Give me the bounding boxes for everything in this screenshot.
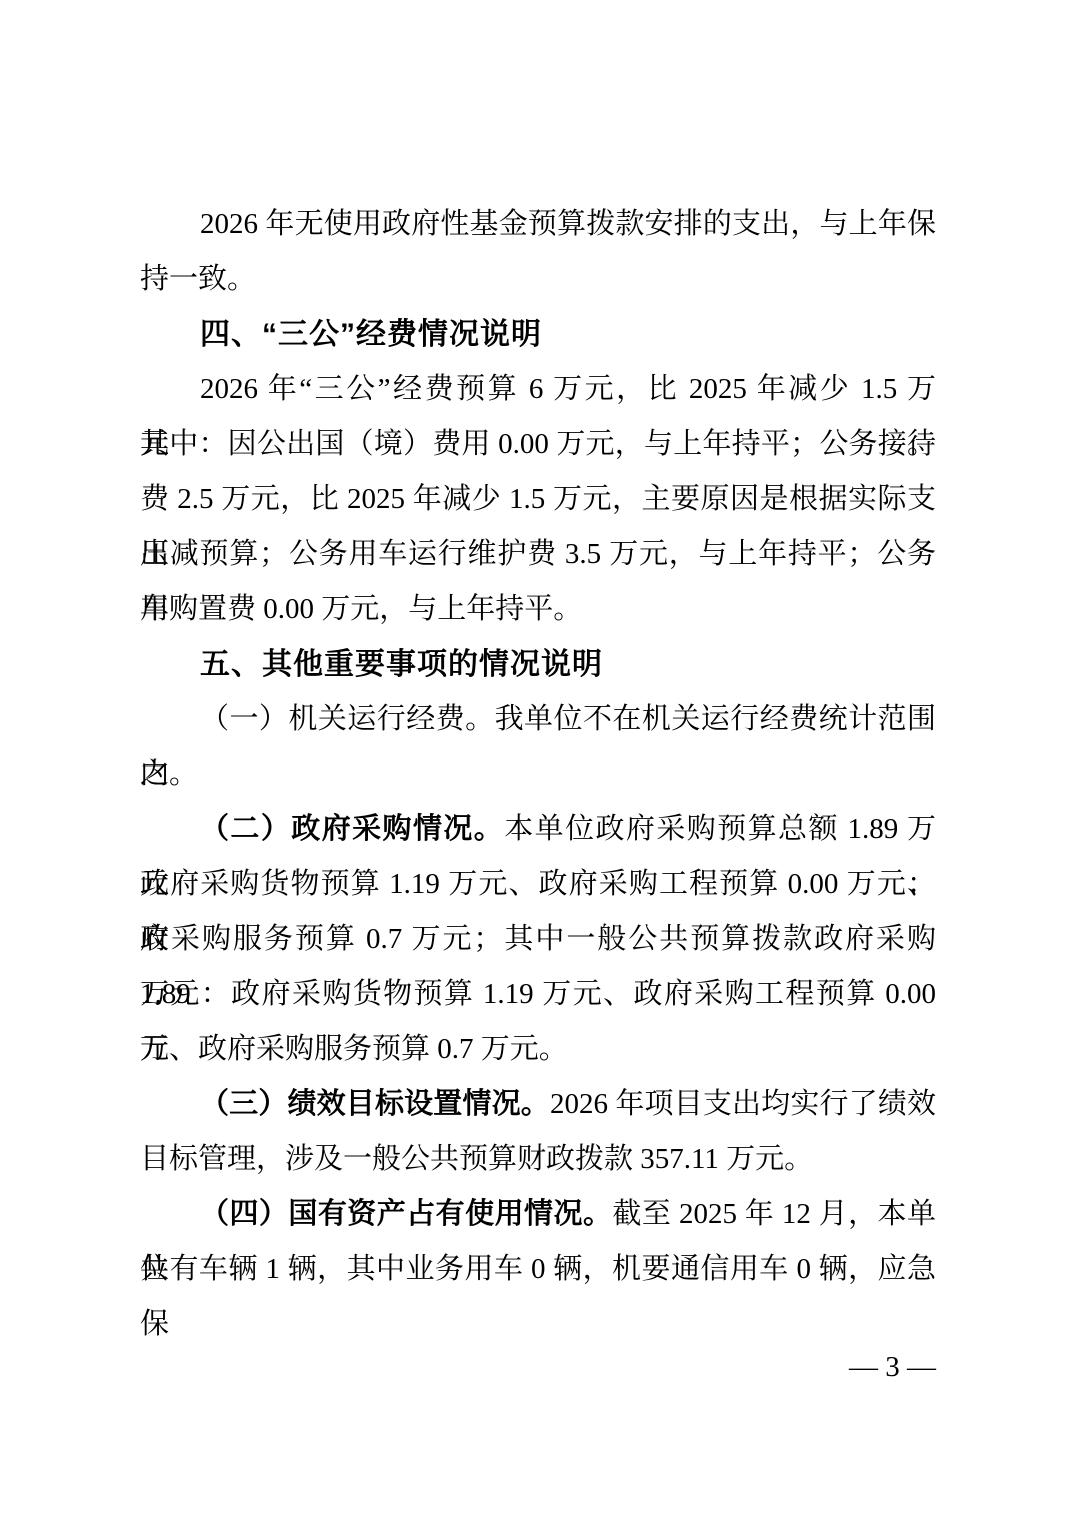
line-text: 元、政府采购服务预算 0.7 万元。 <box>140 1033 568 1065</box>
text-line: 府采购服务预算 0.7 万元；其中一般公共预算拨款政府采购 1.89 <box>140 912 936 967</box>
heading-text: 四、“三公”经费情况说明 <box>200 318 542 351</box>
text-line: （三）绩效目标设置情况。2026 年项目支出均实行了绩效 <box>140 1077 936 1132</box>
text-line: 持一致。 <box>140 252 936 307</box>
text-line: 万元：政府采购货物预算 1.19 万元、政府采购工程预算 0.00 万 <box>140 967 936 1022</box>
line-text: 2026 年无使用政府性基金预算拨款安排的支出，与上年保 <box>200 208 936 240</box>
text-line: 共有车辆 1 辆，其中业务用车 0 辆，机要通信用车 0 辆，应急保 <box>140 1242 936 1297</box>
line-text: 共有车辆 1 辆，其中业务用车 0 辆，机要通信用车 0 辆，应急保 <box>140 1253 936 1340</box>
document-body: 2026 年无使用政府性基金预算拨款安排的支出，与上年保 持一致。 四、“三公”… <box>140 197 936 1297</box>
section-heading-three-public-funds: 四、“三公”经费情况说明 <box>140 307 936 362</box>
line-text: 内。 <box>140 758 198 790</box>
line-text: 车购置费 0.00 万元，与上年持平。 <box>140 593 582 625</box>
text-line: 政府采购货物预算 1.19 万元、政府采购工程预算 0.00 万元、政 <box>140 857 936 912</box>
section-heading-other-important-items: 五、其他重要事项的情况说明 <box>140 637 936 692</box>
text-line: 元、政府采购服务预算 0.7 万元。 <box>140 1022 936 1077</box>
subsection-lead-state-assets: （四）国有资产占有使用情况。 <box>200 1198 612 1230</box>
subsection-lead-government-procurement: （二）政府采购情况。 <box>200 813 504 845</box>
text-line: （四）国有资产占有使用情况。截至 2025 年 12 月，本单位 <box>140 1187 936 1242</box>
text-line: 压减预算；公务用车运行维护费 3.5 万元，与上年持平；公务用 <box>140 527 936 582</box>
line-text: 其中：因公出国（境）费用 0.00 万元，与上年持平；公务接待 <box>140 428 936 460</box>
line-text: 2026 年项目支出均实行了绩效 <box>550 1088 936 1120</box>
text-line: 内。 <box>140 747 936 802</box>
text-line: 目标管理，涉及一般公共预算财政拨款 357.11 万元。 <box>140 1132 936 1187</box>
text-line: 其中：因公出国（境）费用 0.00 万元，与上年持平；公务接待 <box>140 417 936 472</box>
text-line: （二）政府采购情况。本单位政府采购预算总额 1.89 万元： <box>140 802 936 857</box>
text-line: （一）机关运行经费。我单位不在机关运行经费统计范围之 <box>140 692 936 747</box>
document-page: 2026 年无使用政府性基金预算拨款安排的支出，与上年保 持一致。 四、“三公”… <box>0 0 1074 1520</box>
text-line: 费 2.5 万元，比 2025 年减少 1.5 万元，主要原因是根据实际支出 <box>140 472 936 527</box>
page-number: — 3 — <box>140 1340 936 1395</box>
line-text: 目标管理，涉及一般公共预算财政拨款 357.11 万元。 <box>140 1143 813 1175</box>
heading-text: 五、其他重要事项的情况说明 <box>200 648 603 681</box>
text-line: 2026 年“三公”经费预算 6 万元，比 2025 年减少 1.5 万元。 <box>140 362 936 417</box>
subsection-lead-performance-targets: （三）绩效目标设置情况。 <box>200 1088 550 1120</box>
line-text: 持一致。 <box>140 263 256 295</box>
text-line: 车购置费 0.00 万元，与上年持平。 <box>140 582 936 637</box>
text-line: 2026 年无使用政府性基金预算拨款安排的支出，与上年保 <box>140 197 936 252</box>
